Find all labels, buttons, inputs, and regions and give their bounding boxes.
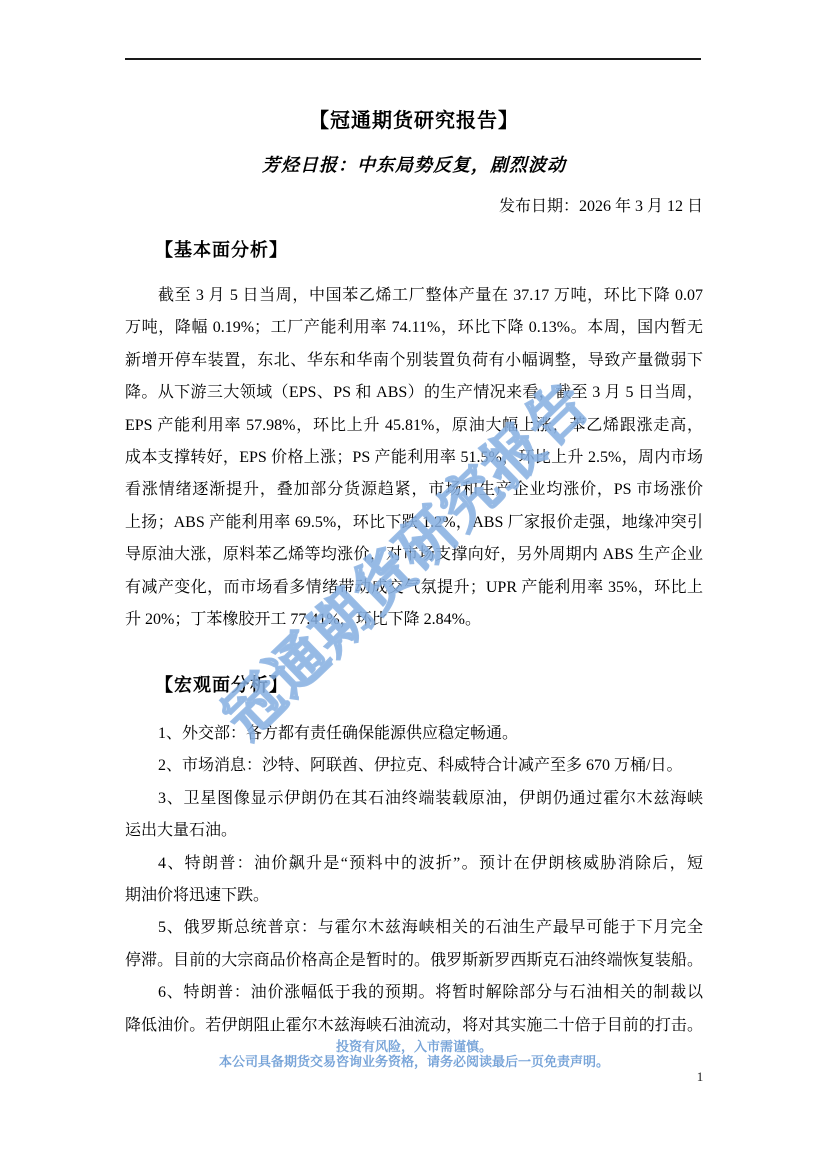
report-title: 【冠通期货研究报告】 <box>125 104 703 133</box>
publish-date: 发布日期：2026 年 3 月 12 日 <box>125 193 703 216</box>
list-line: 5、俄罗斯总统普京：与霍尔木兹海峡相关的石油生产最早可能于下月完全 <box>125 912 703 944</box>
list-line: 4、特朗普：油价飙升是“预料中的波折”。预计在伊朗核威胁消除后，短 <box>125 848 703 880</box>
body-line: 有减产变化，而市场看多情绪带动成交气氛提升；UPR 产能利用率 35%，环比上 <box>125 572 703 604</box>
body-line: 万吨，降幅 0.19%；工厂产能利用率 74.11%，环比下降 0.13%。本周… <box>125 312 703 344</box>
report-subtitle: 芳烃日报：中东局势反复，剧烈波动 <box>125 151 703 177</box>
body-line: 新增开停车装置，东北、华东和华南个别装置负荷有小幅调整，导致产量微弱下 <box>125 345 703 377</box>
macro-list: 1、外交部：各方都有责任确保能源供应稳定畅通。 2、市场消息：沙特、阿联酋、伊拉… <box>125 718 703 1042</box>
section-heading-macro: 【宏观面分析】 <box>155 671 288 697</box>
list-line: 2、市场消息：沙特、阿联酋、伊拉克、科威特合计减产至多 670 万桶/日。 <box>125 750 703 782</box>
list-line: 3、卫星图像显示伊朗仍在其石油终端装载原油，伊朗仍通过霍尔木兹海峡 <box>125 783 703 815</box>
header-rule <box>125 58 701 60</box>
list-line: 停滞。目前的大宗商品价格高企是暂时的。俄罗斯新罗西斯克石油终端恢复装船。 <box>125 945 703 977</box>
list-line: 运出大量石油。 <box>125 815 703 847</box>
body-line: EPS 产能利用率 57.98%，环比上升 45.81%，原油大幅上涨，苯乙烯跟… <box>125 410 703 442</box>
body-line: 上扬；ABS 产能利用率 69.5%，环比下跌 1.2%，ABS 厂家报价走强，… <box>125 507 703 539</box>
body-line: 降。从下游三大领域（EPS、PS 和 ABS）的生产情况来看，截至 3 月 5 … <box>125 377 703 409</box>
body-line: 看涨情绪逐渐提升，叠加部分货源趋紧，市场和生产企业均涨价，PS 市场涨价 <box>125 474 703 506</box>
body-line: 导原油大涨，原料苯乙烯等均涨价，对市场支撑向好，另外周期内 ABS 生产企业 <box>125 539 703 571</box>
section-heading-fundamental: 【基本面分析】 <box>155 236 288 262</box>
list-line: 1、外交部：各方都有责任确保能源供应稳定畅通。 <box>125 718 703 750</box>
list-line: 期油价将迅速下跌。 <box>125 880 703 912</box>
body-line: 截至 3 月 5 日当周，中国苯乙烯工厂整体产量在 37.17 万吨，环比下降 … <box>125 280 703 312</box>
list-line: 6、特朗普：油价涨幅低于我的预期。将暂时解除部分与石油相关的制裁以 <box>125 977 703 1009</box>
fundamental-paragraph: 截至 3 月 5 日当周，中国苯乙烯工厂整体产量在 37.17 万吨，环比下降 … <box>125 280 703 636</box>
page-number: 1 <box>690 1069 710 1085</box>
body-line: 升 20%；丁苯橡胶开工 77.41%，环比下降 2.84%。 <box>125 604 703 636</box>
body-line: 成本支撑转好，EPS 价格上涨；PS 产能利用率 51.5%，环比上升 2.5%… <box>125 442 703 474</box>
report-page: 【冠通期货研究报告】 芳烃日报：中东局势反复，剧烈波动 发布日期：2026 年 … <box>0 0 826 1169</box>
footer-qualification: 本公司具备期货交易咨询业务资格，请务必阅读最后一页免责声明。 <box>125 1051 703 1070</box>
